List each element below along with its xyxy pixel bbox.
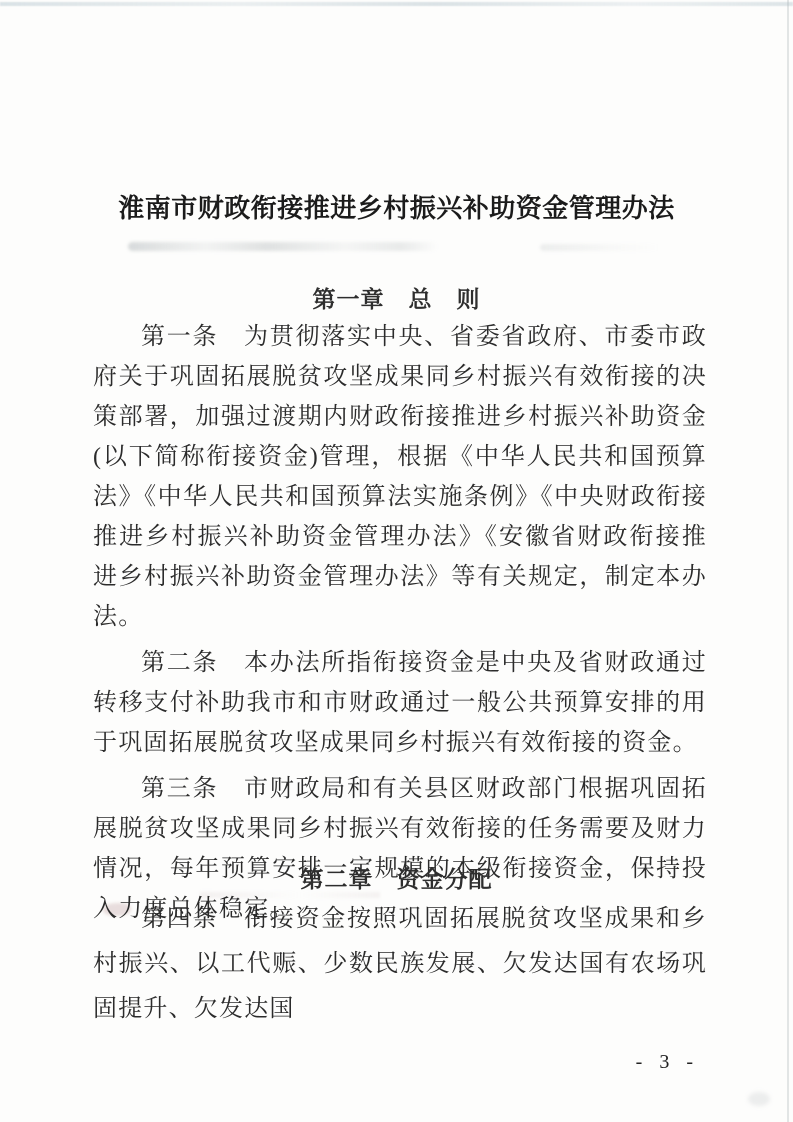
scan-smudge [748, 1092, 770, 1106]
article-4-paragraph: 第四条 衔接资金按照巩固拓展脱贫攻坚成果和乡村振兴、以工代赈、少数民族发展、欠发… [93, 897, 707, 1032]
scanned-document-page: 淮南市财政衔接推进乡村振兴补助资金管理办法 第一章 总 则 第一条 为贯彻落实中… [0, 0, 793, 1122]
article-1-paragraph: 第一条 为贯彻落实中央、省委省政府、市委市政府关于巩固拓展脱贫攻坚成果同乡村振兴… [93, 317, 707, 637]
page-number: - 3 - [636, 1051, 699, 1074]
article-2-paragraph: 第二条 本办法所指衔接资金是中央及省财政通过转移支付补助我市和市财政通过一般公共… [93, 643, 707, 763]
chapter-2-body: 第四条 衔接资金按照巩固拓展脱贫攻坚成果和乡村振兴、以工代赈、少数民族发展、欠发… [93, 897, 707, 1032]
chapter-1-heading: 第一章 总 则 [0, 281, 793, 314]
scan-smudge [128, 242, 438, 251]
document-title: 淮南市财政衔接推进乡村振兴补助资金管理办法 [0, 188, 793, 225]
scan-smudge [540, 244, 660, 251]
chapter-1-body: 第一条 为贯彻落实中央、省委省政府、市委市政府关于巩固拓展脱贫攻坚成果同乡村振兴… [93, 317, 707, 935]
scan-artifact-right-edge [787, 0, 789, 1122]
chapter-2-heading: 第二章 资金分配 [0, 861, 793, 894]
scan-artifact-top-edge [0, 2, 793, 6]
